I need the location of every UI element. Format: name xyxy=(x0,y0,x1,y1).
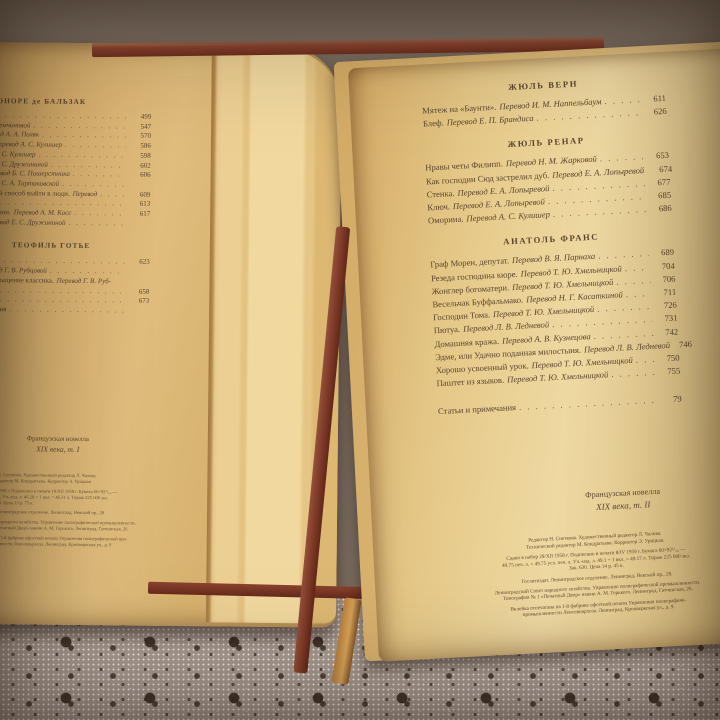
right-book-toc-page: ЖЮЛЬ ВЕРН Мятеж на «Баунти».Перевод И. М… xyxy=(348,47,720,661)
dot-leader xyxy=(69,219,126,229)
section-heading-balzac: ОНОРЕ де БАЛЬЗАК xyxy=(0,96,151,107)
left-book-colophon: актор Н. Снеткова. Художественный редакт… xyxy=(0,472,149,549)
dot-leader xyxy=(51,160,126,170)
dot-leader xyxy=(50,267,125,277)
toc-entry: чания xyxy=(0,305,149,316)
dot-leader xyxy=(62,180,125,190)
dot-leader xyxy=(0,257,125,268)
toc-entry: ревод Е. С. Дружининой xyxy=(0,218,150,229)
dot-leader xyxy=(0,111,126,122)
dot-leader xyxy=(625,287,651,302)
dot-leader xyxy=(74,209,125,219)
right-book-colophon: Редактор Н. Снеткова. Художественный ред… xyxy=(409,524,720,624)
dot-leader xyxy=(519,394,657,414)
left-book-toc-page: ОНОРЕ де БАЛЬЗАК 499 Немчиновой547 вод А… xyxy=(0,42,162,626)
toc-footer-articles-notes: Статьи и примечания79 xyxy=(438,393,682,419)
dot-leader xyxy=(9,305,124,316)
left-book-title-block: Французская новелла XIX века, т. I xyxy=(0,434,124,455)
dot-leader xyxy=(42,131,126,142)
dot-leader xyxy=(65,141,126,151)
dot-leader xyxy=(635,353,655,367)
book-volume-line: XIX века, т. I xyxy=(0,444,124,455)
dot-leader xyxy=(624,261,650,275)
dot-leader xyxy=(73,170,126,180)
dot-leader xyxy=(600,150,645,165)
dot-leader xyxy=(647,164,648,177)
left-book-volume-1: ОНОРЕ де БАЛЬЗАК 499 Немчиновой547 вод А… xyxy=(0,42,342,628)
dot-leader xyxy=(100,190,125,200)
dot-leader xyxy=(611,366,656,381)
photo-of-books: ОНОРЕ де БАЛЬЗАК 499 Немчиновой547 вод А… xyxy=(0,0,720,720)
dot-leader xyxy=(0,198,125,209)
right-book-volume-2: ЖЮЛЬ ВЕРН Мятеж на «Баунти».Перевод И. М… xyxy=(318,47,720,679)
right-book-title-block: Французская новелла XIX века, т. II xyxy=(520,481,720,518)
section-heading-gautier: ТЕОФИЛЬ ГОТЬЕ xyxy=(12,241,150,251)
